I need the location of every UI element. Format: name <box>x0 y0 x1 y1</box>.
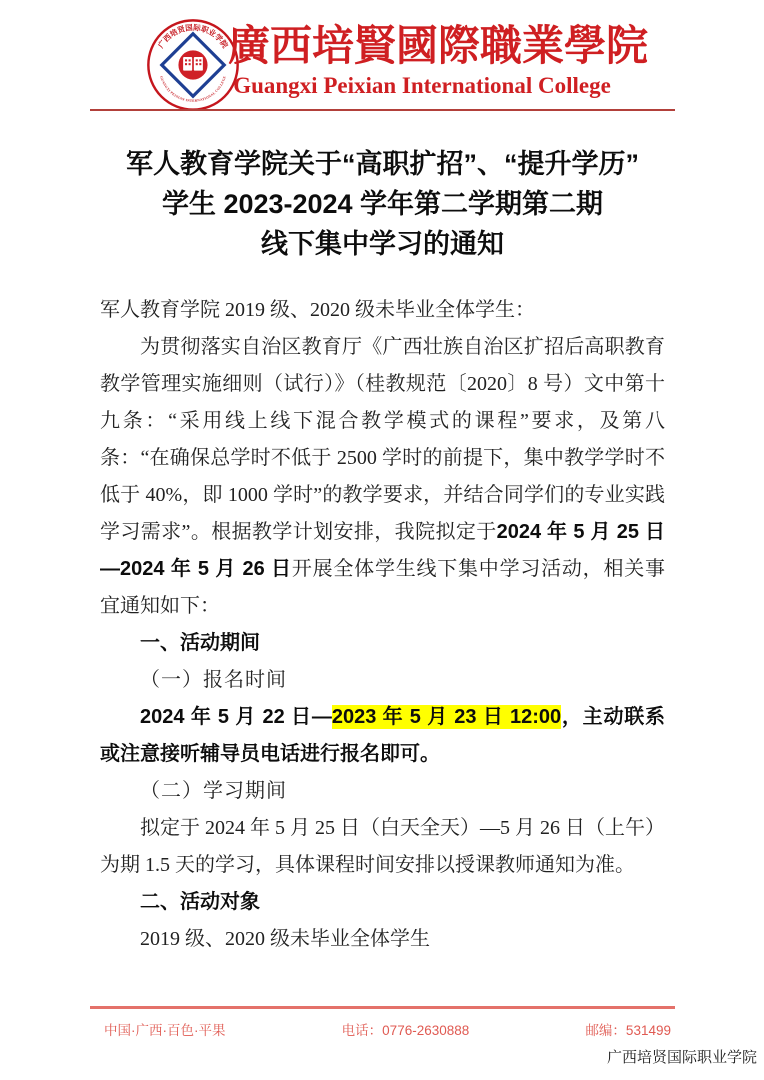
signup-start-date: 2024 年 5 月 22 日— <box>140 706 332 728</box>
paragraph-background: 为贯彻落实自治区教育厅《广西壮族自治区扩招后高职教育教学管理实施细则（试行）》（… <box>100 329 665 625</box>
footer-divider <box>90 1006 675 1009</box>
signup-period-paragraph: 2024 年 5 月 22 日—2023 年 5 月 23 日 12:00，主动… <box>100 699 665 773</box>
footer-address: 中国·广西·百色·平果 <box>104 1019 226 1039</box>
header-divider <box>90 109 675 111</box>
college-name-english: Guangxi Peixian International College <box>228 73 616 99</box>
college-logo: 广西培贤国际职业学院 GUANGXI PEIXIAN INTERNATIONAL… <box>146 18 240 112</box>
target-audience-paragraph: 2019 级、2020 级未毕业全体学生 <box>100 921 665 958</box>
title-line-3: 线下集中学习的通知 <box>261 229 504 259</box>
footer-contact-row: 中国·广西·百色·平果 电话：0776-2630888 邮编：531499 <box>104 1019 671 1039</box>
section-1-heading: 一、活动期间 <box>100 625 665 662</box>
logo-center-disc <box>178 50 207 79</box>
footer-postcode: 邮编：531499 <box>585 1019 671 1039</box>
salutation: 军人教育学院 2019 级、2020 级未毕业全体学生： <box>100 292 665 329</box>
subsection-1-2-heading: （二）学习期间 <box>100 773 665 810</box>
title-line-2: 学生 2023-2024 学年第二学期第二期 <box>162 189 603 219</box>
study-period-paragraph: 拟定于 2024 年 5 月 25 日（白天全天）—5 月 26 日（上午）为期… <box>100 810 665 884</box>
document-title: 军人教育学院关于“高职扩招”、“提升学历” 学生 2023-2024 学年第二学… <box>100 144 665 264</box>
college-name-chinese: 廣西培賢國際職業學院 <box>228 22 616 72</box>
subsection-1-1-heading: （一）报名时间 <box>100 662 665 699</box>
document-page: 广西培贤国际职业学院 GUANGXI PEIXIAN INTERNATIONAL… <box>0 0 764 1080</box>
document-content: 军人教育学院关于“高职扩招”、“提升学历” 学生 2023-2024 学年第二学… <box>100 144 665 958</box>
title-line-1: 军人教育学院关于“高职扩招”、“提升学历” <box>126 149 639 179</box>
paragraph-background-text: 为贯彻落实自治区教育厅《广西壮族自治区扩招后高职教育教学管理实施细则（试行）》（… <box>100 336 665 543</box>
bottom-right-watermark: 广西培贤国际职业学院 <box>607 1046 757 1067</box>
signup-deadline-highlight: 2023 年 5 月 23 日 12:00 <box>332 705 561 729</box>
college-name-block: 廣西培賢國際職業學院 Guangxi Peixian International… <box>228 22 616 99</box>
footer-phone: 电话：0776-2630888 <box>342 1019 470 1039</box>
section-2-heading: 二、活动对象 <box>100 884 665 921</box>
